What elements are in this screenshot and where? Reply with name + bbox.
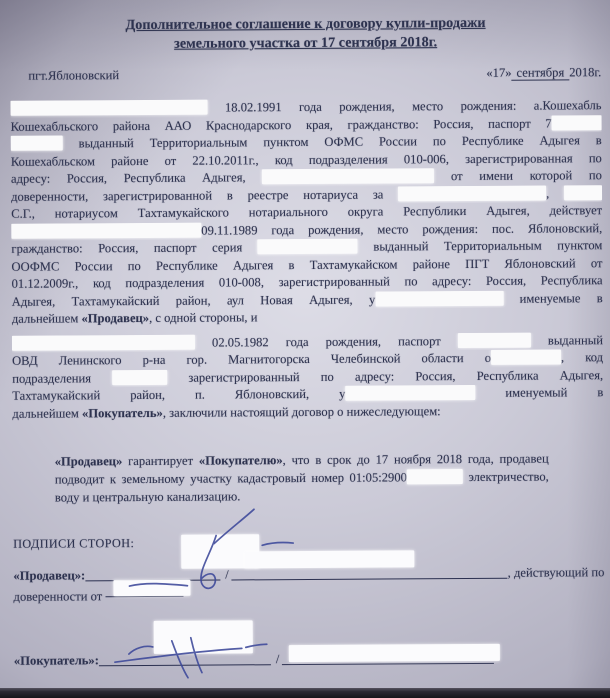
paragraph-seller-parties: 18.02.1991 года рождения, место рождения… xyxy=(10,97,602,328)
text-segment: Кошехабльском районе от 22.10.2011г., ко… xyxy=(11,151,602,169)
redaction-box xyxy=(564,185,602,200)
redaction-box xyxy=(258,239,358,255)
buyer-signature-row: «Покупатель»: / xyxy=(14,648,605,670)
seller-attorney-row: доверенности от xyxy=(13,585,604,606)
redaction-box xyxy=(10,100,207,116)
text-segment: Адыгея, Тахтамукайский район, аул Новая … xyxy=(12,292,376,308)
redaction-box xyxy=(552,115,602,130)
text-segment: «Покупатель» xyxy=(82,405,163,419)
text-line: дальнейшем «Продавец», с одной стороны, … xyxy=(12,307,603,328)
title-line-2: земельного участка от 17 сентября 2018г. xyxy=(10,32,601,55)
text-line: дальнейшем «Покупатель», заключили насто… xyxy=(12,402,603,423)
text-segment: 01.12.2009г., код подразделения 010-008,… xyxy=(12,273,603,291)
date-day: «17» xyxy=(486,66,511,80)
document-title: Дополнительное соглашение к договору куп… xyxy=(10,13,601,55)
date-label: «17»сентября2018г. xyxy=(486,64,601,82)
seller-suffix-text: , действующий по xyxy=(508,563,605,582)
redaction-box xyxy=(491,349,561,364)
signatures-heading: ПОДПИСИ СТОРОН: xyxy=(13,532,604,552)
separator-slash: / xyxy=(271,650,283,668)
text-segment: доверенности, зарегистрированной в реест… xyxy=(11,187,398,203)
redaction-box xyxy=(11,222,201,238)
text-segment: дальнейшем xyxy=(12,406,82,420)
attorney-prefix-text: доверенности от xyxy=(13,589,102,604)
seller-name-line xyxy=(232,576,508,581)
text-segment: 09.11.1989 года рождения, место рождения… xyxy=(201,221,602,237)
text-segment: «Покупателю» xyxy=(199,453,283,468)
place-label: пгт.Яблоновский xyxy=(28,67,119,85)
text-segment: , заключили настоящий договор о нижеслед… xyxy=(163,404,441,420)
redaction-box xyxy=(345,385,475,401)
text-segment: именуемые в xyxy=(503,291,602,306)
seller-label: «Продавец»: xyxy=(13,566,85,584)
buyer-name-line xyxy=(282,661,494,665)
text-segment: подразделения xyxy=(12,371,112,386)
redaction-box xyxy=(398,185,546,201)
paragraph-buyer-party: 02.05.1982 года рождения, паспорт выданн… xyxy=(12,332,604,423)
buyer-signature-line xyxy=(99,662,271,666)
text-segment: гарантирует xyxy=(122,454,199,468)
photo-bottom-edge xyxy=(0,688,610,698)
text-segment: , код xyxy=(561,350,603,364)
text-segment: выданный Территориальным пунктом ОФМС Ро… xyxy=(63,133,602,150)
text-segment: гражданство: Россия, паспорт серия xyxy=(11,240,258,256)
text-segment: ОВД Ленинского р-на гор. Магнитогорска Ч… xyxy=(12,351,491,368)
text-segment: С.Г., нотариусом Тахтамукайского нотариа… xyxy=(11,203,602,221)
text-segment: «Продавец» xyxy=(81,311,149,325)
redaction-box xyxy=(12,334,195,350)
place-date-row: пгт.Яблоновский «17»сентября2018г. xyxy=(10,64,601,85)
text-line: Тахтамукайский район, п. Яблоновский, у … xyxy=(12,384,603,405)
redaction-box xyxy=(11,135,63,150)
text-segment: «Продавец» xyxy=(55,454,123,468)
text-segment: 02.05.1982 года рождения, паспорт xyxy=(195,334,458,350)
date-year: 2018г. xyxy=(569,65,601,79)
document-content: Дополнительное соглашение к договору куп… xyxy=(10,0,605,670)
text-segment: , с одной стороны, и xyxy=(149,310,257,325)
separator-slash: / xyxy=(220,565,232,583)
text-segment: именуемый в xyxy=(475,385,603,400)
seller-signature-line xyxy=(85,578,220,582)
seller-signature-row: «Продавец»: / , действующий по xyxy=(13,563,604,585)
text-segment: дальнейшем xyxy=(12,311,82,325)
text-segment: Тахтамукайский район, п. Яблоновский, у xyxy=(12,387,345,403)
text-segment: от имени которой по xyxy=(434,168,602,183)
text-segment: , xyxy=(546,186,564,200)
text-segment: ООФМС России по Республике Адыгея в Тахт… xyxy=(11,256,602,274)
redaction-box xyxy=(458,332,531,347)
text-segment: 18.02.1991 года рождения, место рождения… xyxy=(207,98,601,114)
paragraph-guarantee-clause: «Продавец» гарантирует «Покупателю», что… xyxy=(55,450,549,507)
text-segment: выданный xyxy=(531,333,603,347)
date-month: сентября xyxy=(511,65,569,80)
attorney-date-line xyxy=(105,594,183,597)
text-segment: зарегистрированный по адресу: Россия, Ре… xyxy=(167,368,603,385)
redaction-box xyxy=(112,369,167,384)
text-segment: адресу: Россия, Республика Адыгея, xyxy=(11,170,262,186)
text-segment: выданный Территориальным пунктом xyxy=(358,238,603,253)
redaction-box xyxy=(407,469,463,484)
text-segment: Кошехабльского района ААО Краснодарского… xyxy=(11,116,552,133)
document-photo: Дополнительное соглашение к договору куп… xyxy=(0,0,610,698)
redaction-box xyxy=(375,290,503,306)
paper-sheet: Дополнительное соглашение к договору куп… xyxy=(0,0,610,698)
text-line: Адыгея, Тахтамукайский район, аул Новая … xyxy=(12,290,603,311)
redaction-box xyxy=(262,168,434,184)
buyer-label: «Покупатель»: xyxy=(14,651,99,670)
